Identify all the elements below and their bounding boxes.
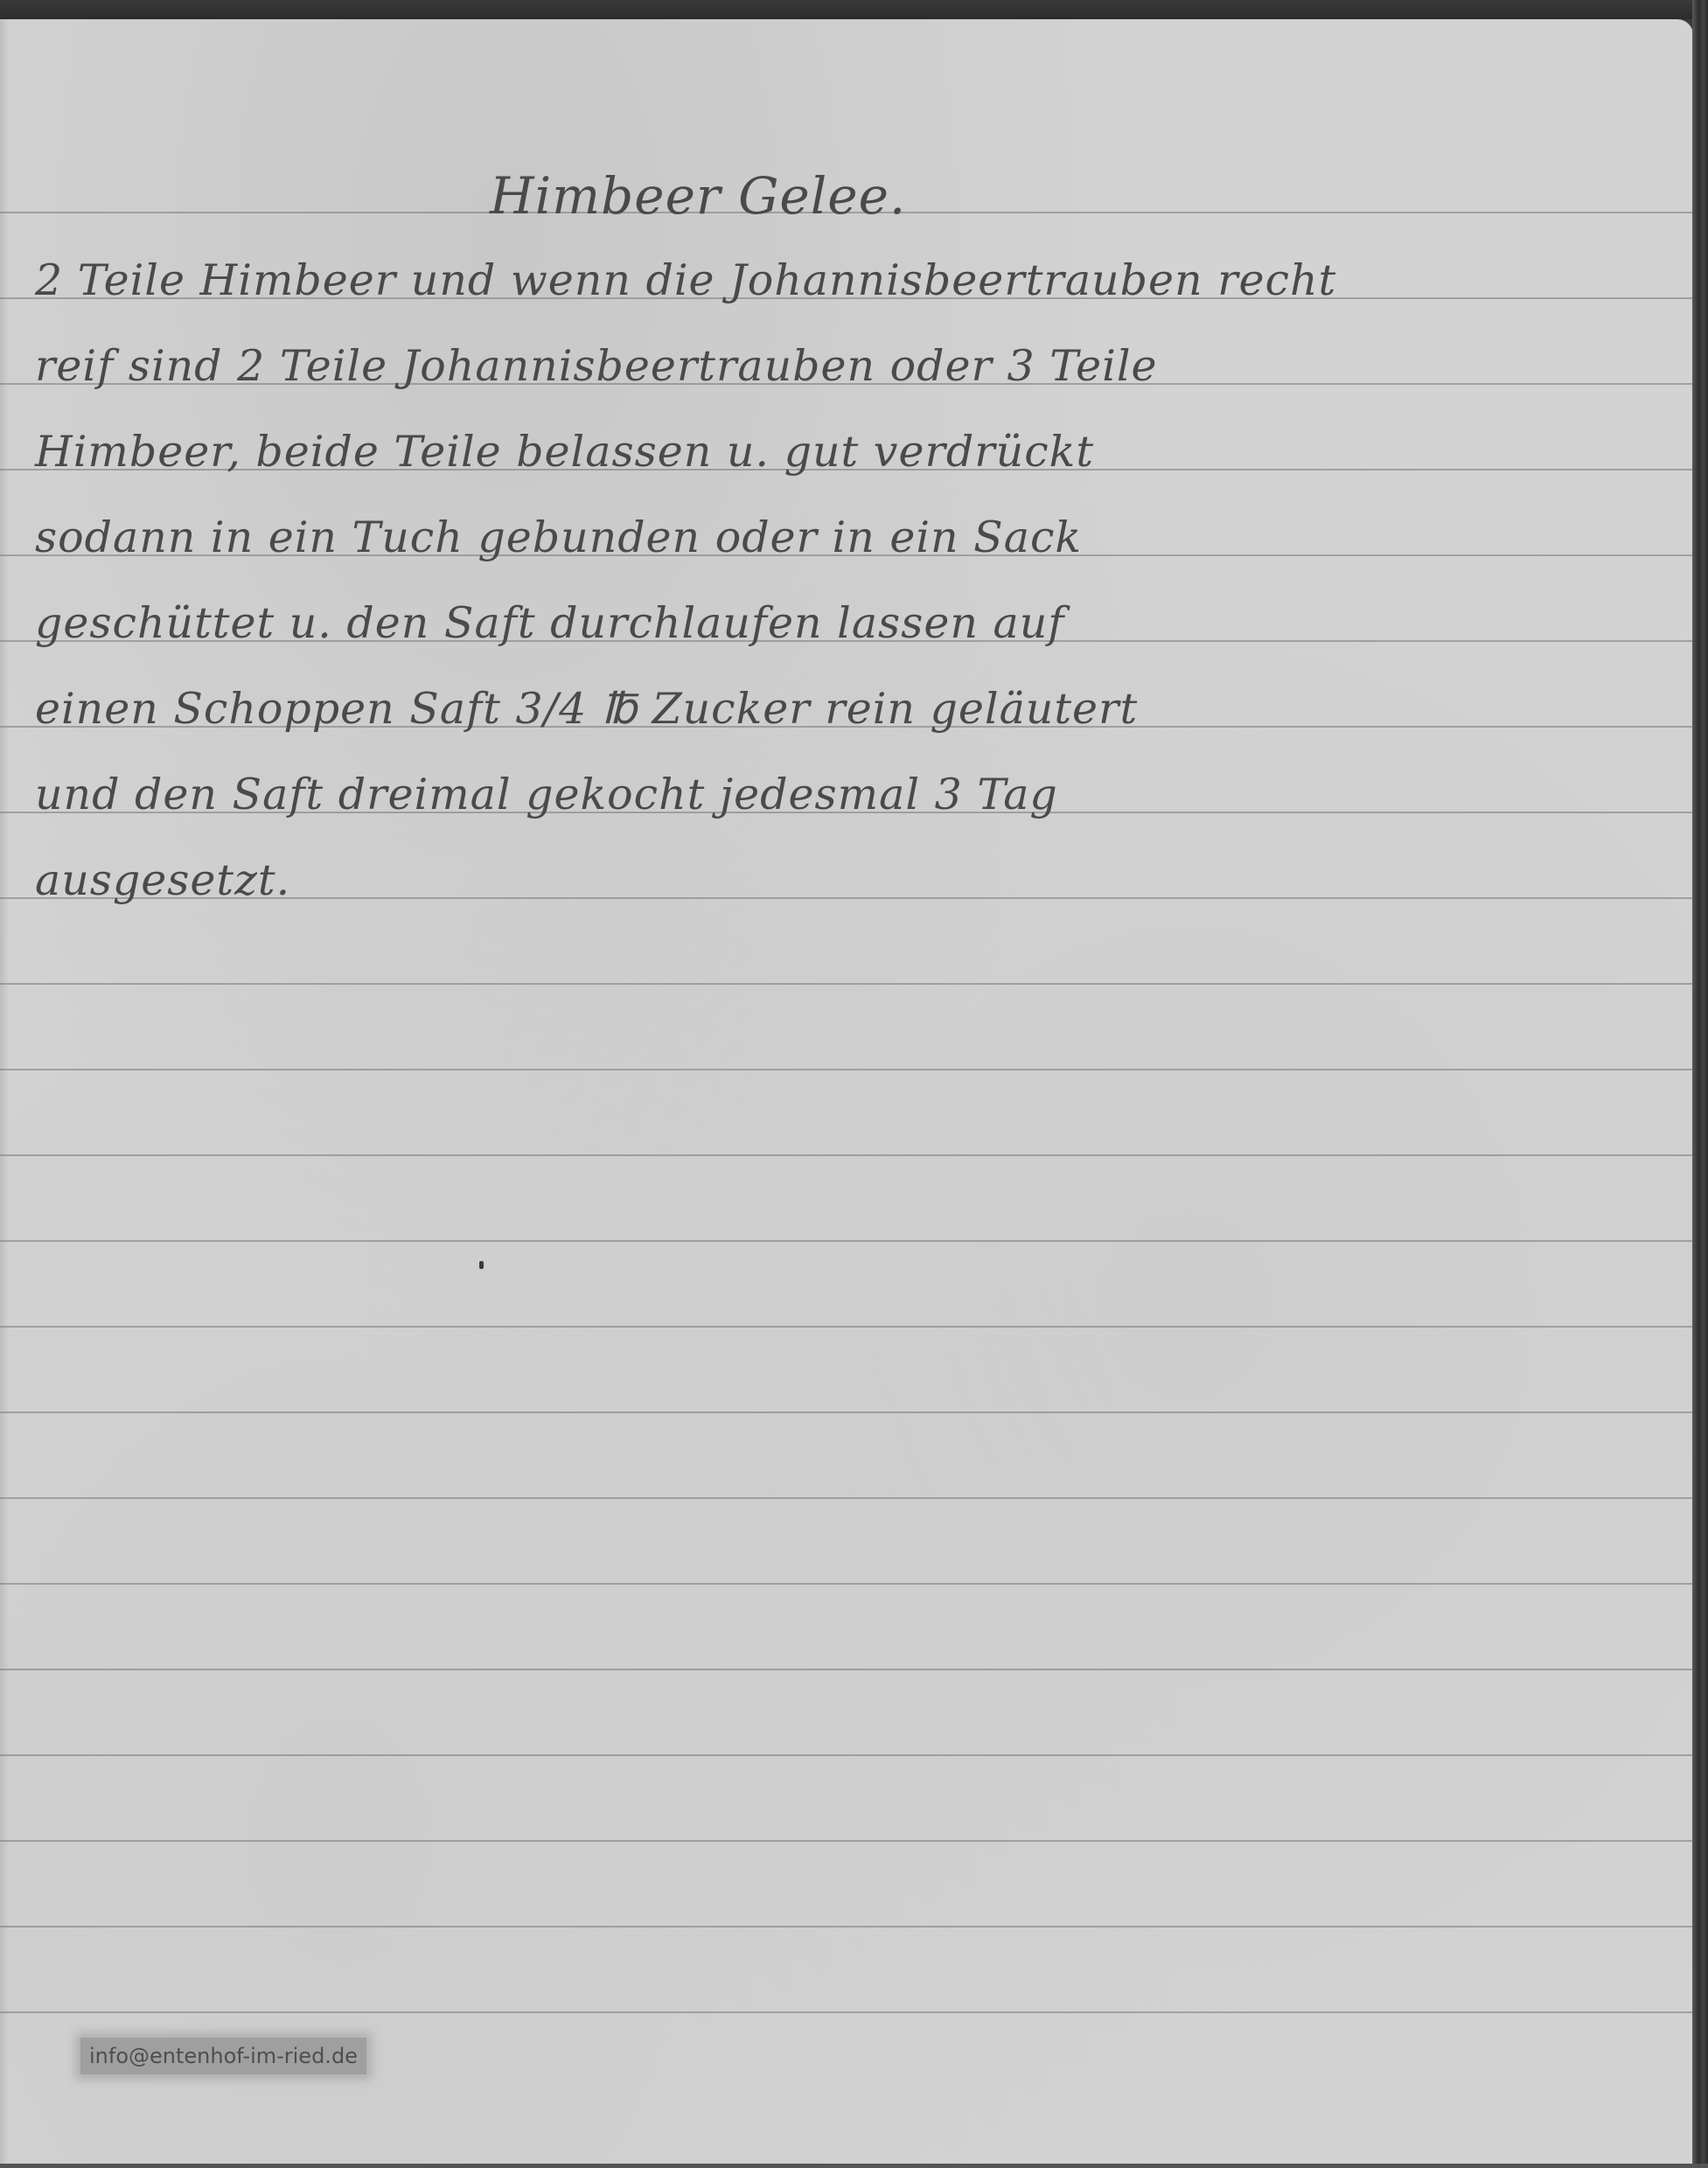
ruled-line [0, 1326, 1693, 1328]
ruled-line [0, 1240, 1693, 1242]
recipe-line-7: und den Saft dreimal gekocht jedesmal 3 … [35, 770, 1058, 819]
recipe-line-8: ausgesetzt. [35, 855, 290, 905]
ruled-line [0, 983, 1693, 985]
ruled-line [0, 2011, 1693, 2013]
recipe-line-5: geschüttet u. den Saft durchlaufen lasse… [35, 598, 1064, 648]
scan-right-border [1692, 0, 1708, 2168]
ruled-line [0, 1069, 1693, 1070]
ruled-line [0, 1583, 1693, 1585]
recipe-title: Himbeer Gelee. [490, 166, 906, 226]
contact-watermark: info@entenhof-im-ried.de [80, 2038, 366, 2074]
scan-top-border [0, 0, 1708, 19]
recipe-line-3: Himbeer, beide Teile belassen u. gut ver… [35, 427, 1094, 477]
ruled-line [0, 1926, 1693, 1927]
recipe-line-4: sodann in ein Tuch gebunden oder in ein … [35, 512, 1082, 562]
ruled-line [0, 1840, 1693, 1842]
recipe-line-6: einen Schoppen Saft 3/4 ℔ Zucker rein ge… [35, 684, 1138, 734]
recipe-line-2: reif sind 2 Teile Johannisbeertrauben od… [35, 341, 1158, 391]
ruled-line [0, 1412, 1693, 1413]
ruled-line [0, 1669, 1693, 1670]
scanned-page: Himbeer Gelee. 2 Teile Himbeer und wenn … [0, 0, 1708, 2168]
recipe-line-1: 2 Teile Himbeer und wenn die Johannisbee… [35, 255, 1336, 305]
ruled-line [0, 1754, 1693, 1756]
ink-speck [479, 1261, 484, 1269]
ruled-line [0, 1154, 1693, 1156]
ruled-line [0, 1497, 1693, 1499]
notebook-paper: Himbeer Gelee. 2 Teile Himbeer und wenn … [0, 19, 1693, 2164]
scan-bottom-border [0, 2164, 1708, 2168]
